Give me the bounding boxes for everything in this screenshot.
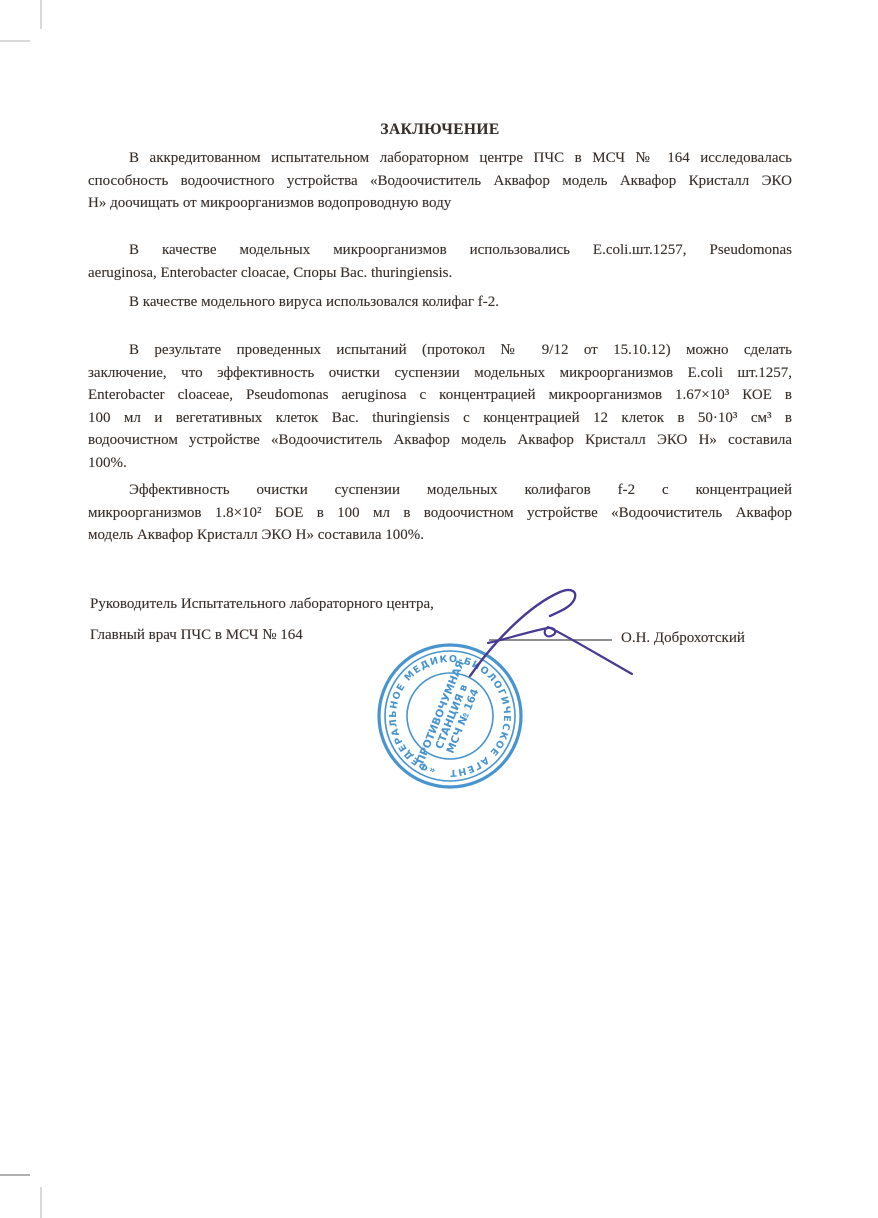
text-line: Н» доочищать от микроорганизмов водопров… [88, 192, 792, 215]
text-line: 100%. [88, 452, 792, 475]
scan-artifact-top-left-vertical [40, 0, 42, 29]
paragraph-coliphage-results: Эффективность очистки суспензии модельны… [88, 479, 792, 547]
text-line: микроорганизмов 1.8×10² БОЕ в 100 мл в в… [88, 502, 792, 525]
scan-artifact-bottom-left-horizontal [0, 1174, 30, 1176]
paragraph-model-microorganisms: В качестве модельных микроорганизмов исп… [88, 239, 792, 284]
text-line: Enterobacter cloaceae, Pseudomonas aerug… [88, 384, 792, 407]
paragraph-test-results: В результате проведенных испытаний (прот… [88, 339, 792, 475]
text-line: В качестве модельных микроорганизмов исп… [88, 239, 792, 262]
paragraph-model-virus: В качестве модельного вируса использовал… [88, 291, 792, 314]
text-line: 100 мл и вегетативных клеток Bac. thurin… [88, 407, 792, 430]
text-line: способность водоочистного устройства «Во… [88, 170, 792, 193]
signer-role-line1: Руководитель Испытательного лабораторног… [90, 596, 434, 613]
text-line: модель Аквафор Кристалл ЭКО Н» составила… [88, 524, 792, 547]
document-title: ЗАКЛЮЧЕНИЕ [88, 121, 792, 139]
signature-stroke-flourish [488, 627, 632, 674]
text-line: aeruginosa, Enterobacter cloacae, Споры … [88, 262, 792, 285]
paragraph-intro: В аккредитованном испытательном лаборато… [88, 147, 792, 215]
document-page: ЗАКЛЮЧЕНИЕ В аккредитованном испытательн… [0, 0, 878, 1218]
scan-artifact-top-left-horizontal [0, 40, 30, 42]
text-line: В результате проведенных испытаний (прот… [88, 339, 792, 362]
text-line: В качестве модельного вируса использовал… [88, 291, 792, 314]
scan-artifact-bottom-left-vertical [40, 1187, 42, 1218]
text-line: водоочистном устройстве «Водоочиститель … [88, 429, 792, 452]
text-line: В аккредитованном испытательном лаборато… [88, 147, 792, 170]
signer-role-line2: Главный врач ПЧС в МСЧ № 164 [90, 627, 303, 644]
text-line: заключение, что эффективность очистки су… [88, 362, 792, 385]
signature [415, 566, 645, 686]
text-line: Эффективность очистки суспензии модельны… [88, 479, 792, 502]
